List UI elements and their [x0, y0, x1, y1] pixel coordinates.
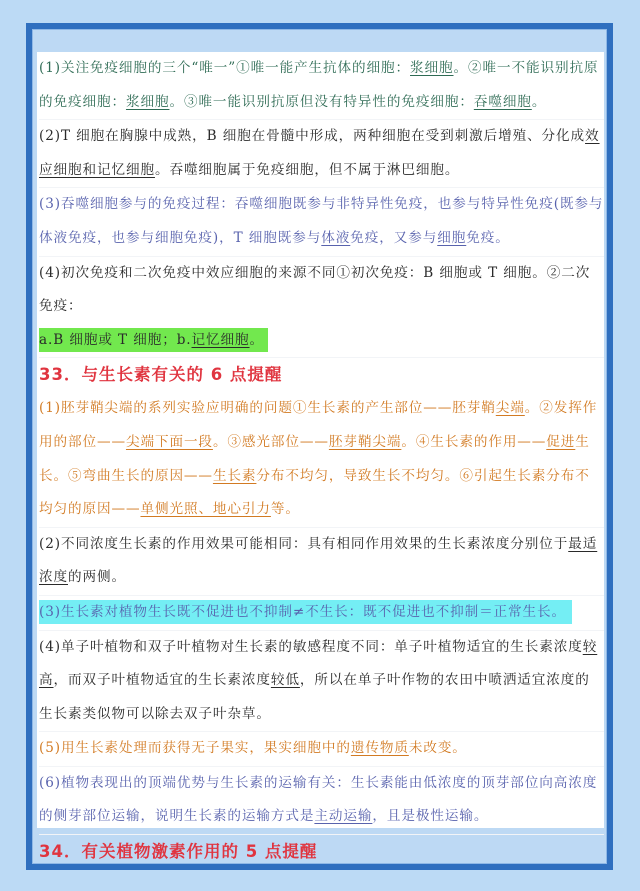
- document-content: (1)关注免疫细胞的三个“唯一”①唯一能产生抗体的细胞：浆细胞。②唯一不能识别抗…: [37, 52, 604, 828]
- key-term: 细胞: [437, 230, 466, 246]
- key-term: 尖端下面一段: [126, 434, 213, 450]
- auxin-item-4: (4)单子叶植物和双子叶植物对生长素的敏感程度不同：单子叶植物适宜的生长素浓度较…: [39, 631, 604, 733]
- key-term: 单侧光照、地心引力: [140, 501, 270, 517]
- text: 。③唯一能识别抗原但没有特异性的免疫细胞：: [169, 94, 473, 110]
- section-heading-33: 33．与生长素有关的 6 点提醒: [39, 358, 604, 392]
- text: 免疫。: [466, 230, 509, 246]
- key-term: 遗传物质: [351, 740, 409, 756]
- auxin-item-1: (1)胚芽鞘尖端的系列实验应明确的问题①生长素的产生部位——胚芽鞘尖端。②发挥作…: [39, 392, 604, 527]
- key-term: 浆细胞: [126, 94, 169, 110]
- key-term: 生长素: [213, 468, 256, 484]
- key-term: 吞噬细胞: [474, 94, 532, 110]
- key-term: 尖端: [496, 400, 525, 416]
- text: 未改变。: [409, 740, 467, 756]
- auxin-item-5: (5)用生长素处理而获得无子果实，果实细胞中的遗传物质未改变。: [39, 732, 604, 767]
- auxin-item-2: (2)不同浓度生长素的作用效果可能相同：具有相同作用效果的生长素浓度分别位于最适…: [39, 528, 604, 596]
- auxin-item-3: (3)生长素对植物生长既不促进也不抑制≠不生长：既不促进也不抑制＝正常生长。: [39, 596, 604, 631]
- key-term: 较低: [271, 672, 300, 688]
- text: (2)不同浓度生长素的作用效果可能相同：具有相同作用效果的生长素浓度分别位于: [39, 536, 568, 552]
- text: 。吞噬细胞属于免疫细胞，但不属于淋巴细胞。: [155, 162, 459, 178]
- immune-item-4: (4)初次免疫和二次免疫中效应细胞的来源不同①初次免疫：B 细胞或 T 细胞。②…: [39, 257, 604, 359]
- text: 。③感光部位——: [213, 434, 329, 450]
- text: 。: [250, 332, 265, 348]
- key-term: 促进: [546, 434, 575, 450]
- key-term: 主动运输: [314, 808, 372, 824]
- highlighted-text: (3)生长素对植物生长既不促进也不抑制≠不生长：既不促进也不抑制＝正常生长。: [39, 600, 572, 624]
- text: ，且是极性运输。: [372, 808, 488, 824]
- text: (1)关注免疫细胞的三个“唯一”①唯一能产生抗体的细胞：: [39, 60, 410, 76]
- key-term: 胚芽鞘尖端: [329, 434, 401, 450]
- text: a.B 细胞或 T 细胞；b.: [39, 332, 192, 348]
- text: (4)初次免疫和二次免疫中效应细胞的来源不同①初次免疫：B 细胞或 T 细胞。②…: [39, 265, 590, 315]
- text: (4)单子叶植物和双子叶植物对生长素的敏感程度不同：单子叶植物适宜的生长素浓度: [39, 639, 583, 655]
- text: (5)用生长素处理而获得无子果实，果实细胞中的: [39, 740, 351, 756]
- key-term: 记忆细胞: [192, 332, 250, 348]
- text: (1)胚芽鞘尖端的系列实验应明确的问题①生长素的产生部位——胚芽鞘: [39, 400, 496, 416]
- key-term: 体液: [321, 230, 350, 246]
- immune-item-3: (3)吞噬细胞参与的免疫过程：吞噬细胞既参与非特异性免疫，也参与特异性免疫(既参…: [39, 188, 604, 256]
- text: (2)T 细胞在胸腺中成熟，B 细胞在骨髓中形成，两种细胞在受到刺激后增殖、分化…: [39, 128, 585, 144]
- text: 。④生长素的作用——: [401, 434, 546, 450]
- text: ，而双子叶植物适宜的生长素浓度: [54, 672, 271, 688]
- text: 。: [532, 94, 547, 110]
- key-term: 浆细胞: [410, 60, 453, 76]
- immune-item-1: (1)关注免疫细胞的三个“唯一”①唯一能产生抗体的细胞：浆细胞。②唯一不能识别抗…: [39, 52, 604, 120]
- highlighted-text: a.B 细胞或 T 细胞；b.记忆细胞。: [39, 328, 268, 352]
- immune-item-2: (2)T 细胞在胸腺中成熟，B 细胞在骨髓中形成，两种细胞在受到刺激后增殖、分化…: [39, 120, 604, 188]
- text: 的两侧。: [68, 569, 126, 585]
- auxin-item-6: (6)植物表现出的顶端优势与生长素的运输有关：生长素能由低浓度的顶芽部位向高浓度…: [39, 767, 604, 835]
- text: 免疫，又参与: [350, 230, 437, 246]
- section-heading-34: 34．有关植物激素作用的 5 点提醒: [39, 835, 604, 869]
- text: 等。: [271, 501, 300, 517]
